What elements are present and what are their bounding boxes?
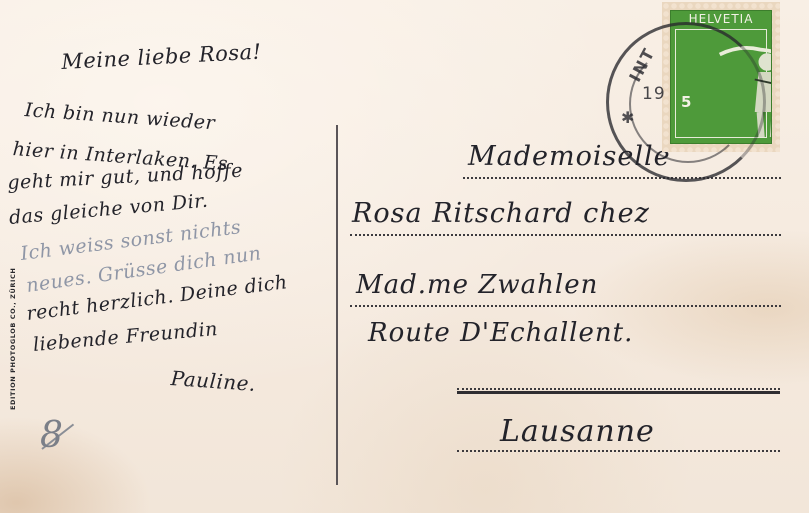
center-divider bbox=[336, 125, 338, 485]
postcard-back: Meine liebe Rosa! Ich bin nun wieder hie… bbox=[0, 0, 809, 513]
publisher-imprint: EDITION PHOTOGLOB CO., ZÜRICH bbox=[9, 268, 17, 410]
address-line-rule bbox=[457, 450, 780, 452]
address-line-rule bbox=[350, 305, 781, 307]
message-line: liebende Freundin bbox=[32, 318, 219, 356]
message-line: geht mir gut, und hoffe bbox=[7, 160, 244, 194]
address-line-5: Lausanne bbox=[500, 414, 655, 449]
address-line-4: Route D'Echallent. bbox=[368, 318, 633, 348]
address-line-rule-solid bbox=[457, 391, 780, 394]
message-line: Ich bin nun wieder bbox=[24, 99, 216, 134]
postmark-circle bbox=[606, 22, 766, 182]
postmark-star-icon: ✱ bbox=[621, 108, 634, 128]
postmark-date: 19 bbox=[642, 84, 666, 104]
message-greeting: Meine liebe Rosa! bbox=[61, 40, 262, 74]
address-line-2: Rosa Ritschard chez bbox=[352, 198, 650, 229]
message-signature: Pauline. bbox=[170, 366, 257, 396]
address-line-rule bbox=[350, 234, 781, 236]
address-line-3: Mad.me Zwahlen bbox=[356, 270, 598, 300]
pencil-mark: 8 bbox=[40, 415, 63, 456]
address-line-rule bbox=[457, 388, 780, 390]
address-line-rule bbox=[463, 177, 781, 179]
